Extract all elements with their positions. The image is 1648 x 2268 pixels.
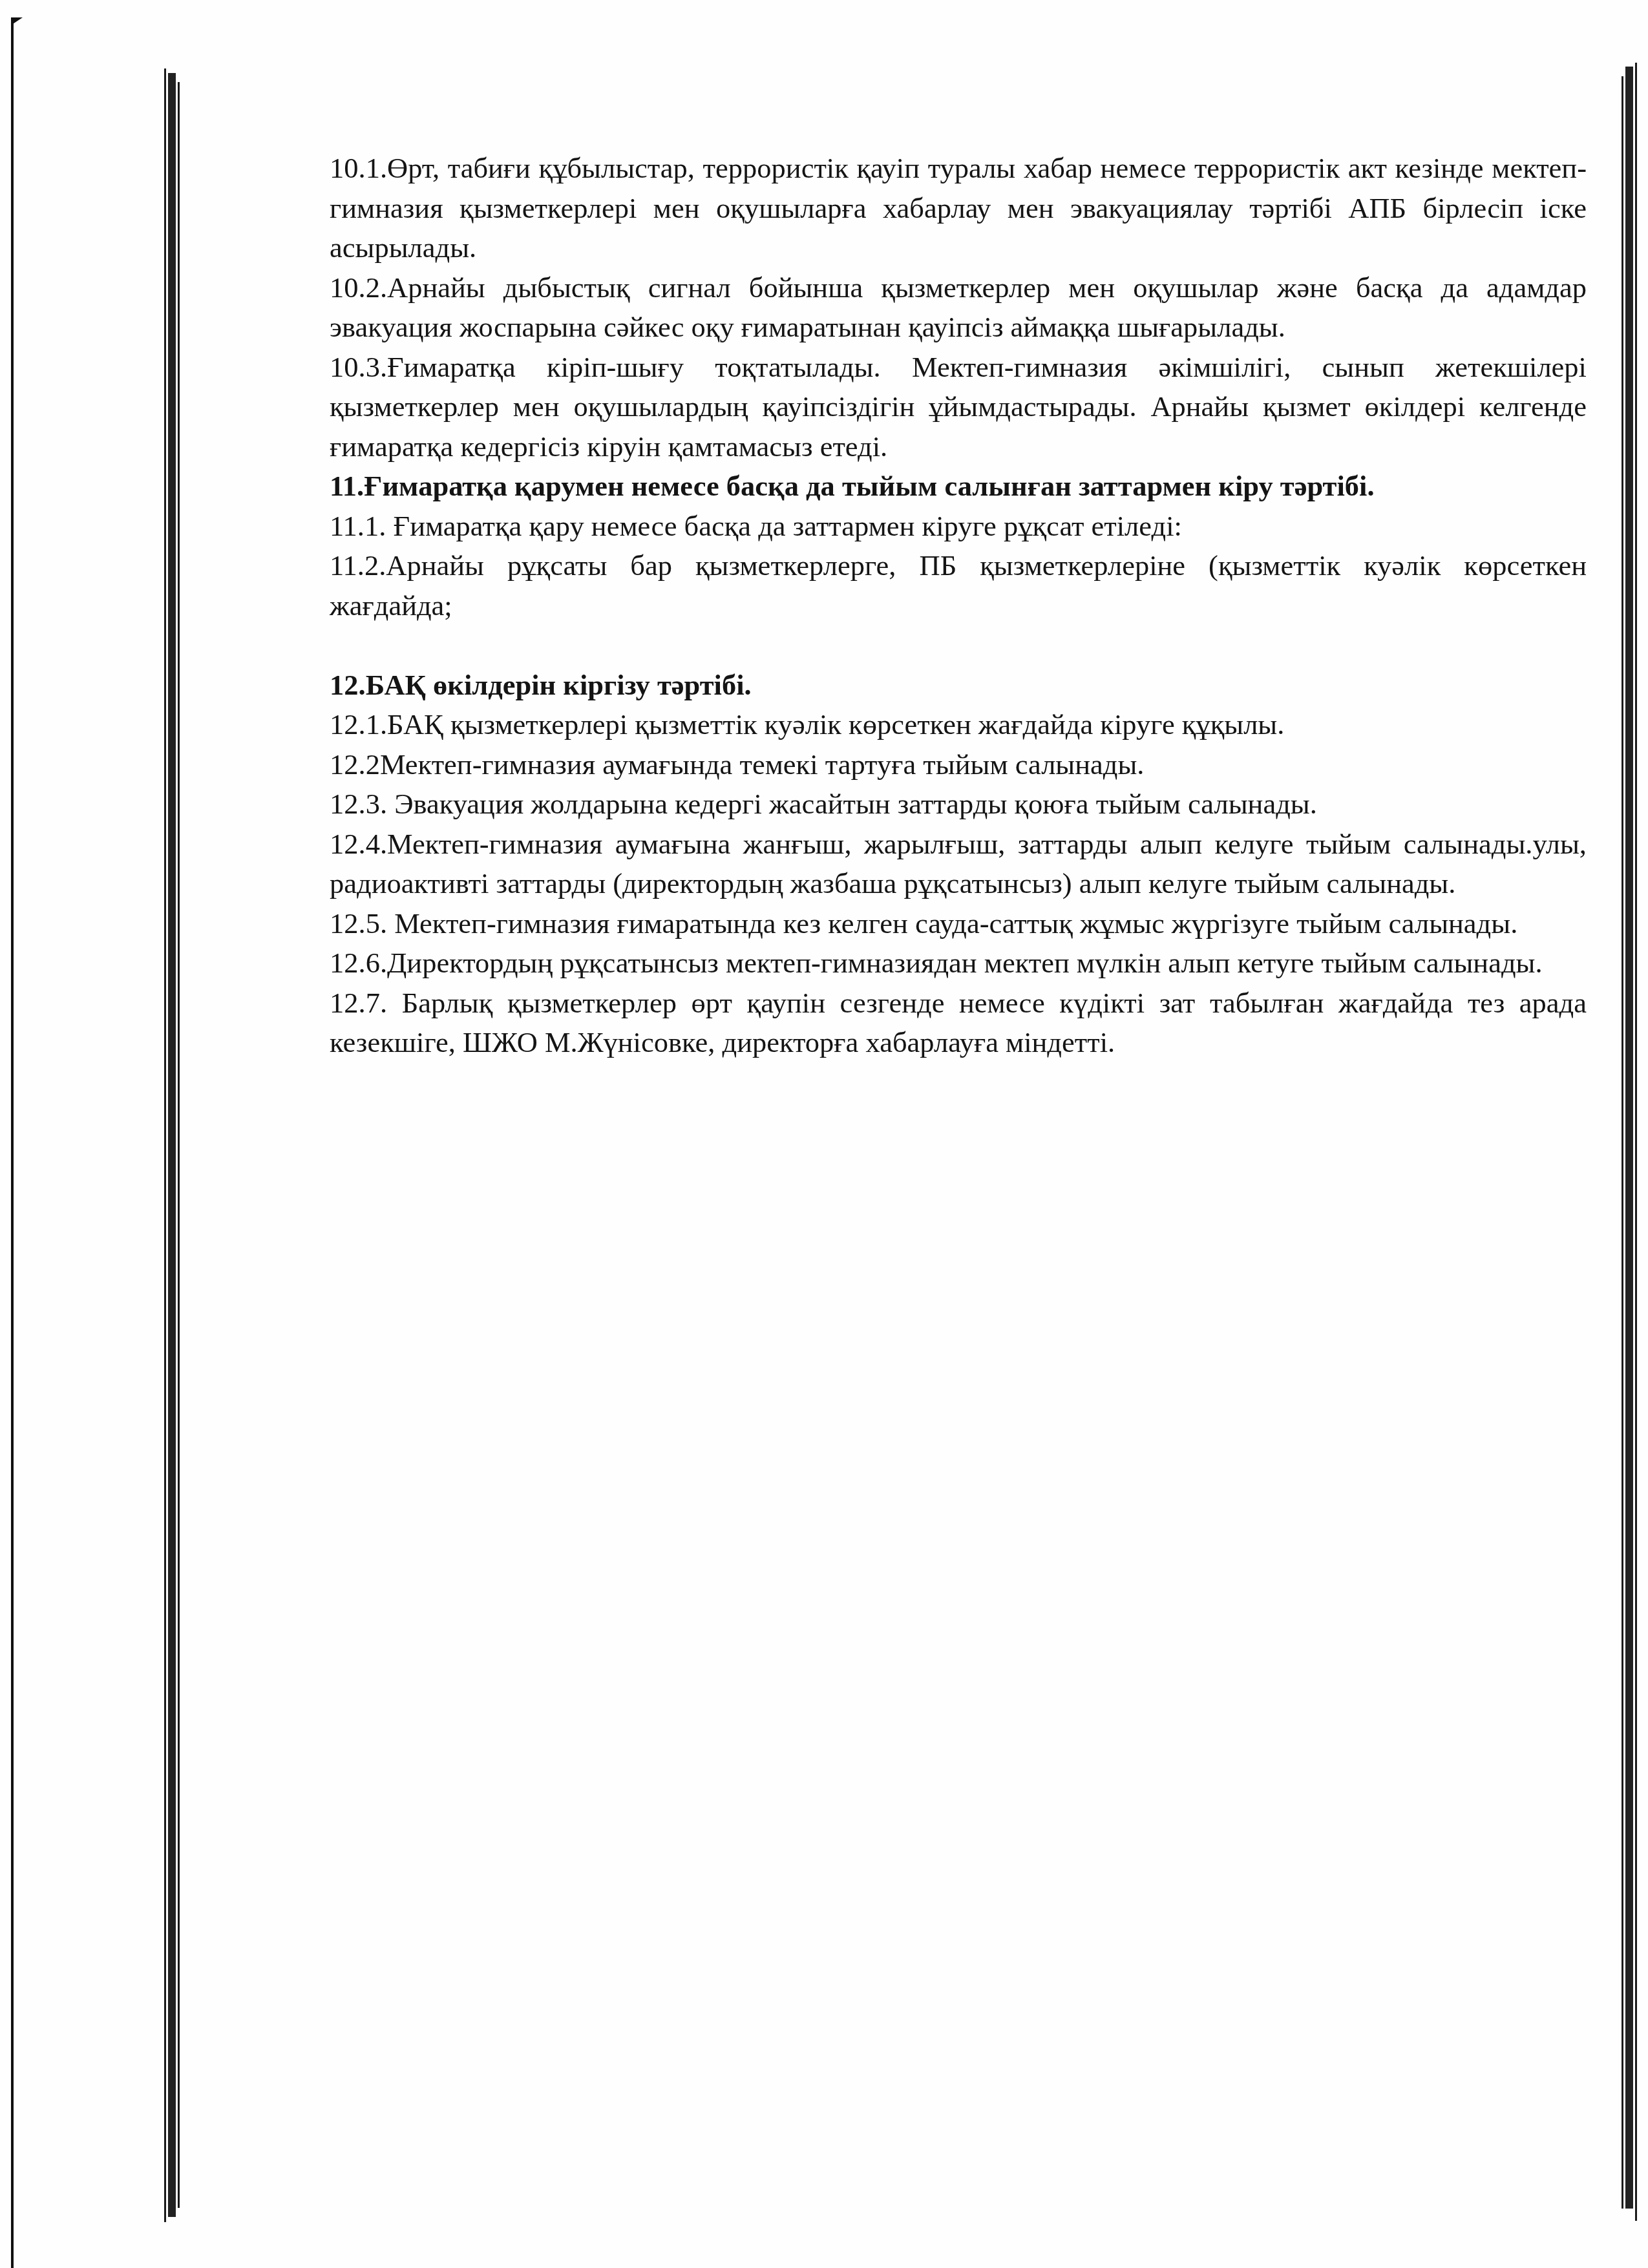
paragraph-10-3: 10.3.Ғимаратқа кіріп-шығу тоқтатылады. М… [330, 348, 1587, 467]
paragraph-11-1: 11.1. Ғимаратқа қару немесе басқа да зат… [330, 507, 1587, 547]
paragraph-12-3: 12.3. Эвакуация жолдарына кедергі жасайт… [330, 784, 1587, 824]
scan-corner-mark [11, 17, 23, 25]
section-heading-11: 11.Ғимаратқа қарумен немесе басқа да тый… [330, 467, 1587, 507]
scan-edge-line [11, 17, 14, 2268]
section-heading-12: 12.БАҚ өкілдерін кіргізу тәртібі. [330, 666, 1587, 706]
paragraph-12-5: 12.5. Мектеп-гимназия ғимаратында кез ке… [330, 904, 1587, 944]
left-frame-thin-line [164, 68, 166, 2222]
paragraph-11-2: 11.2.Арнайы рұқсаты бар қызметкерлерге, … [330, 546, 1587, 625]
paragraph-12-4: 12.4.Мектеп-гимназия аумағына жанғыш, жа… [330, 824, 1587, 904]
blank-line [330, 625, 1587, 666]
paragraph-12-7: 12.7. Барлық қызметкерлер өрт қаупін сез… [330, 983, 1587, 1063]
paragraph-12-2: 12.2Мектеп-гимназия аумағында темекі тар… [330, 745, 1587, 785]
left-frame-thick-bar [168, 73, 176, 2217]
paragraph-12-1: 12.1.БАҚ қызметкерлері қызметтік куәлік … [330, 705, 1587, 745]
right-frame-thin-line [1622, 76, 1623, 2209]
document-body: 10.1.Өрт, табиғи құбылыстар, террористік… [330, 149, 1587, 1063]
right-frame-thin-line [1635, 63, 1637, 2221]
right-frame-thick-bar [1625, 67, 1633, 2209]
paragraph-12-6: 12.6.Директордың рұқсатынсыз мектеп-гимн… [330, 943, 1587, 983]
paragraph-10-1: 10.1.Өрт, табиғи құбылыстар, террористік… [330, 149, 1587, 268]
paragraph-10-2: 10.2.Арнайы дыбыстық сигнал бойынша қызм… [330, 268, 1587, 348]
scanned-document-page: 10.1.Өрт, табиғи құбылыстар, террористік… [0, 0, 1648, 2268]
left-frame-thin-line [178, 82, 180, 2208]
